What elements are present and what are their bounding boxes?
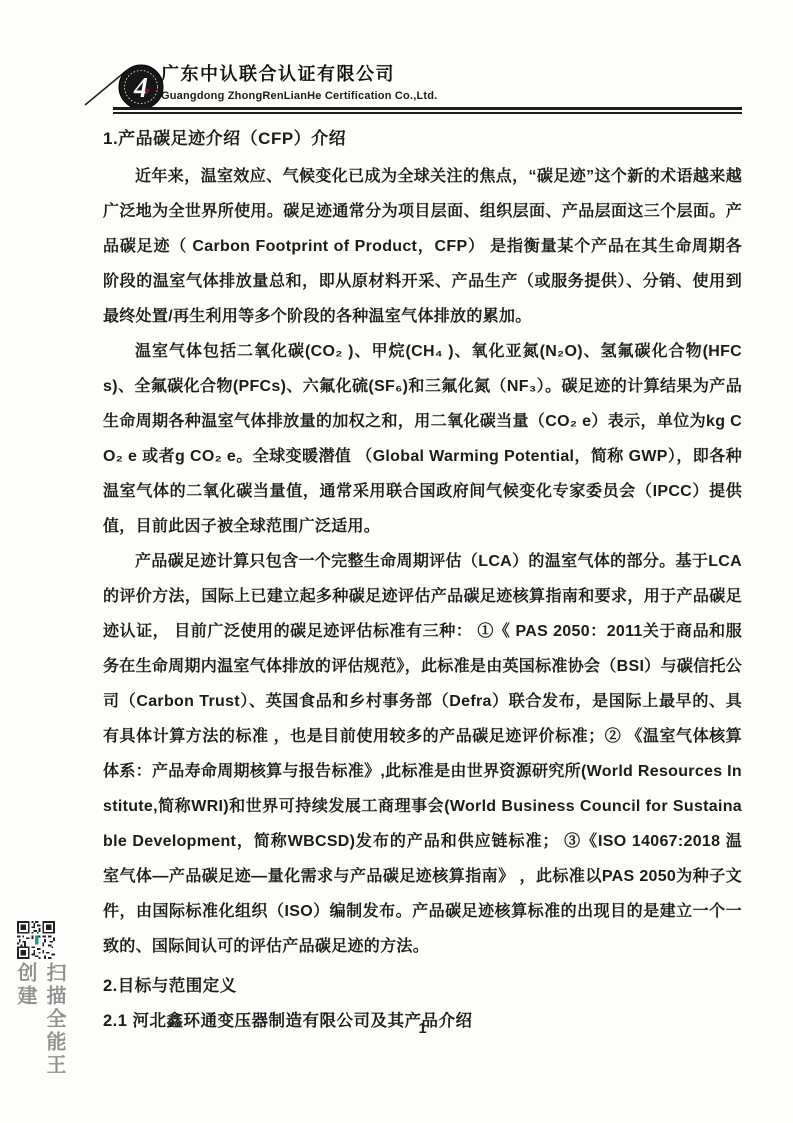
section-1-heading: 1.产品碳足迹介绍（CFP）介绍 bbox=[103, 124, 742, 149]
qr-code-icon bbox=[17, 921, 55, 959]
document-body: 1.产品碳足迹介绍（CFP）介绍 近年来，温室效应、气候变化已成为全球关注的焦点… bbox=[103, 124, 742, 1034]
paragraph-lca-standards: 产品碳足迹计算只包含一个完整生命周期评估（LCA）的温室气体的部分。基于LCA的… bbox=[103, 544, 742, 964]
page-number: 1 bbox=[103, 1020, 742, 1037]
document-header: 4 广东中认联合认证有限公司 Guangdong ZhongRenLianHe … bbox=[0, 0, 793, 120]
company-identity: 广东中认联合认证有限公司 Guangdong ZhongRenLianHe Ce… bbox=[161, 60, 437, 102]
paragraph-cfp-intro: 近年来，温室效应、气候变化已成为全球关注的焦点，“碳足迹”这个新的术语越来越广泛… bbox=[103, 159, 742, 334]
header-divider bbox=[113, 107, 742, 114]
section-2-heading: 2.目标与范围定义 bbox=[103, 973, 742, 999]
paragraph-greenhouse-gases: 温室气体包括二氧化碳(CO₂ )、甲烷(CH₄ )、氧化亚氮(N₂O)、氢氟碳化… bbox=[103, 334, 742, 544]
scanned-document-page: { "header": { "logo": "zhongrenlianhe-ce… bbox=[0, 0, 793, 1123]
company-name-zh: 广东中认联合认证有限公司 bbox=[161, 60, 437, 86]
camscanner-watermark-text: 扫描全能王 创建 bbox=[11, 962, 69, 1112]
company-name-en: Guangdong ZhongRenLianHe Certification C… bbox=[161, 90, 437, 102]
svg-text:4: 4 bbox=[133, 73, 148, 104]
